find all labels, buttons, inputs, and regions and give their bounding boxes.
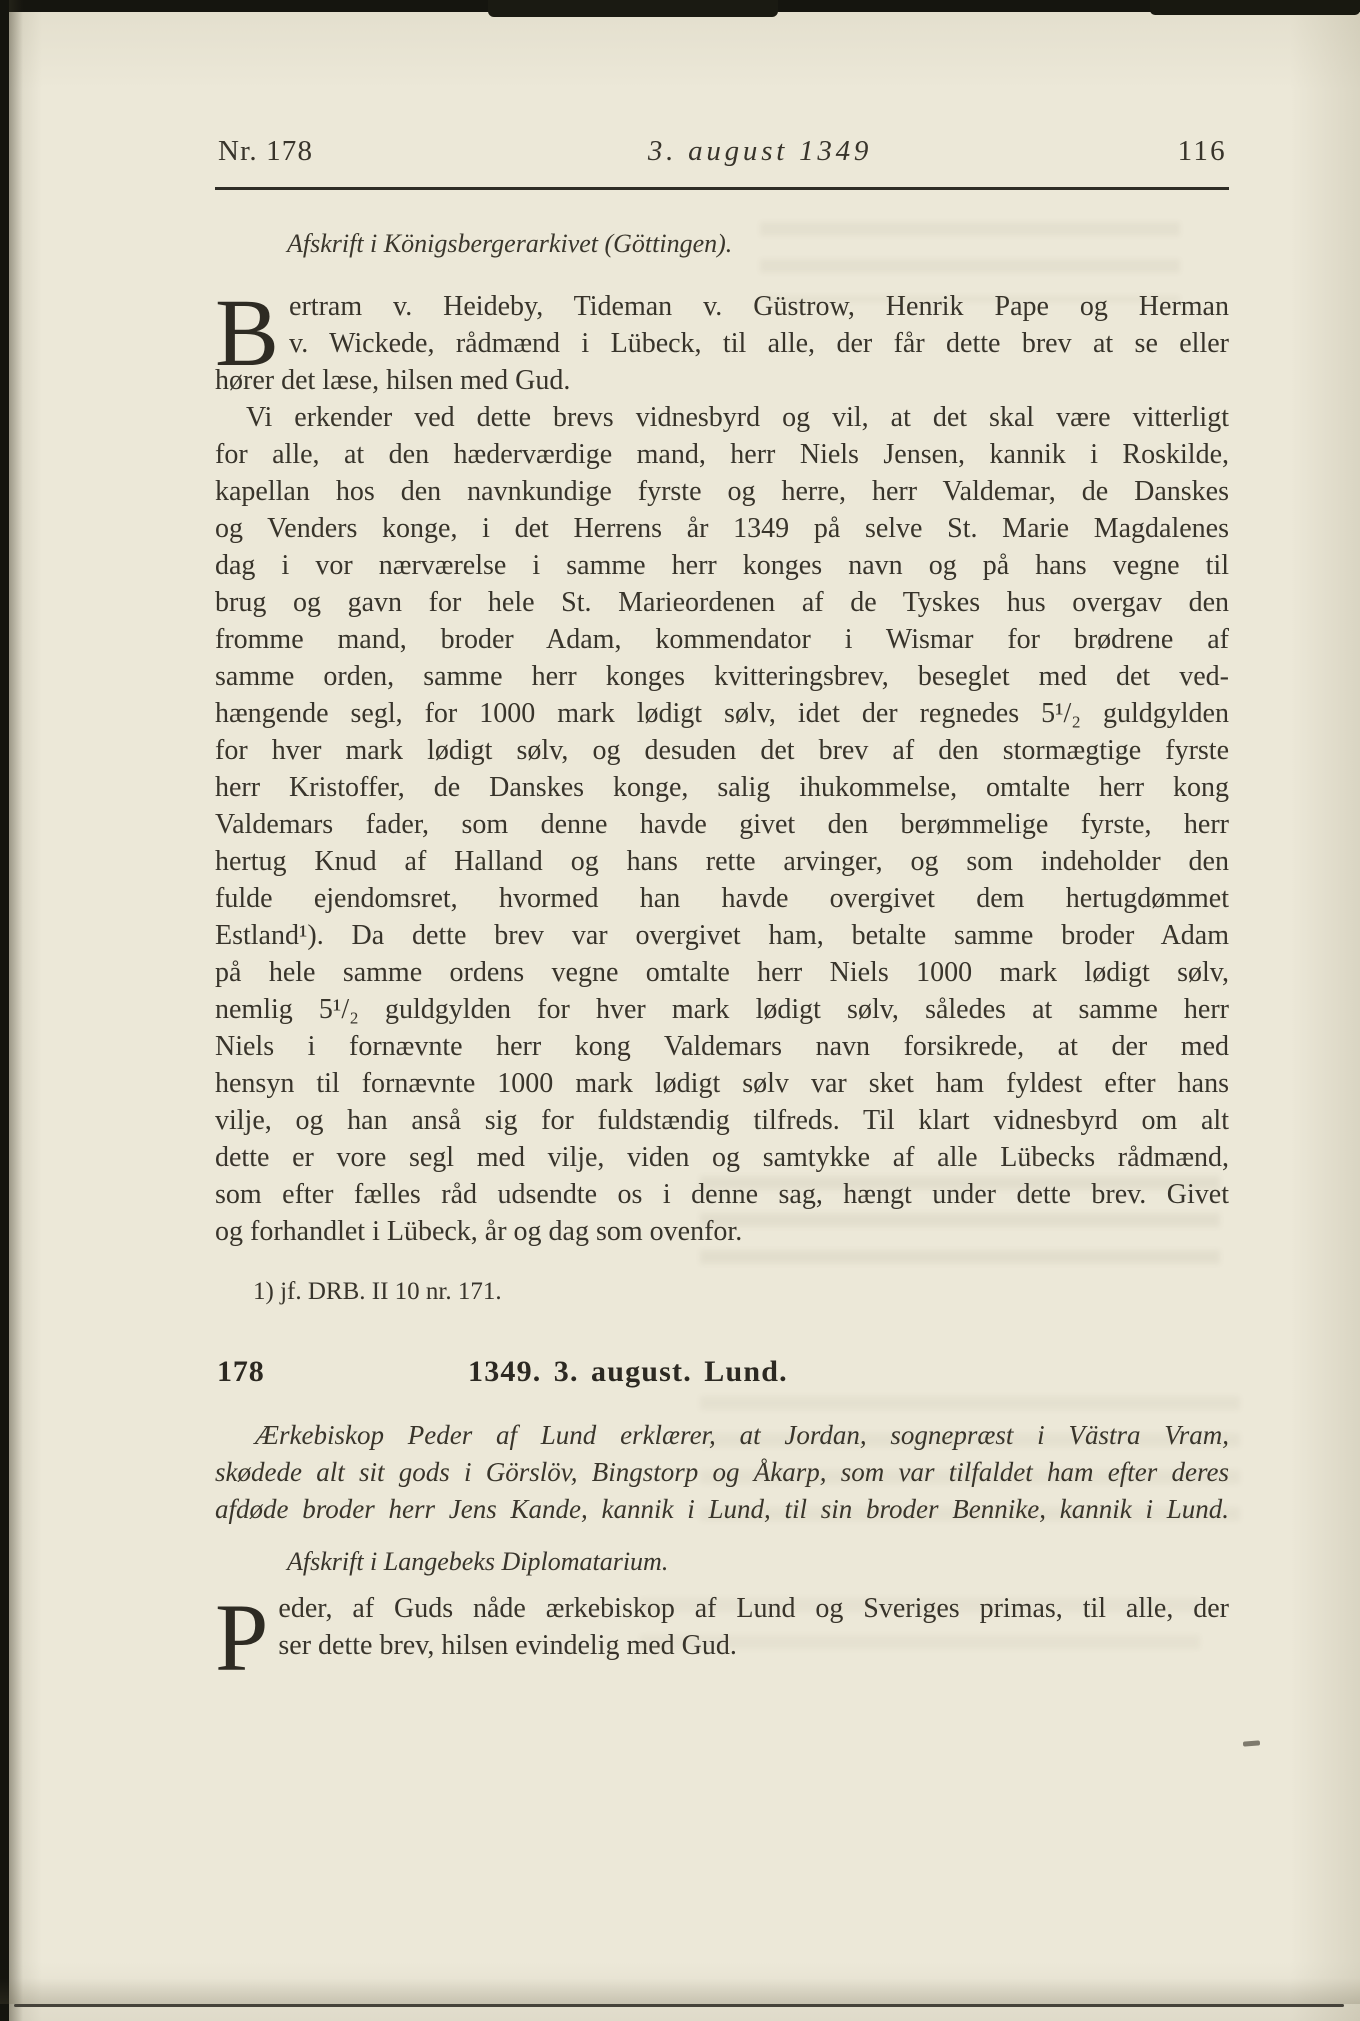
text-line: afdøde broder herr Jens Kande, kannik i … [215, 1491, 1229, 1528]
text-line: hensyn til fornævnte 1000 mark lødigt sø… [215, 1065, 1229, 1102]
text-line: fromme mand, broder Adam, kommendator i … [215, 621, 1229, 658]
letter-body-paragraph: Vi erkender ved dette brevs vidnesbyrd o… [215, 399, 1229, 1250]
scan-edge-bottom-line [14, 2004, 1344, 2007]
running-head-date: 3. august 1349 [648, 135, 872, 168]
dropcap-P: P [215, 1590, 278, 1664]
text-line: Niels i fornævnte herr kong Valdemars na… [215, 1028, 1229, 1065]
text-line: vilje, og han anså sig for fuldstændig t… [215, 1102, 1229, 1139]
scan-edge-left-shadow [9, 0, 23, 2021]
source-note-konigsberg: Afskrift i Königsbergerarkivet (Göttinge… [287, 227, 1229, 261]
text-column: Nr. 178 3. august 1349 116 Afskrift i Kö… [215, 135, 1229, 1664]
running-head: Nr. 178 3. august 1349 116 [215, 135, 1229, 177]
text-line: dag i vor nærværelse i samme herr konges… [215, 547, 1229, 584]
scan-edge-top-artifact [1150, 0, 1360, 15]
source-note-langebek: Afskrift i Langebeks Diplomatarium. [287, 1545, 1229, 1579]
text-line: på hele samme ordens vegne omtalte herr … [215, 954, 1229, 991]
text-line: Vi erkender ved dette brevs vidnesbyrd o… [215, 399, 1229, 436]
text-line: Ærkebiskop Peder af Lund erklærer, at Jo… [215, 1417, 1229, 1454]
margin-mark [1243, 1740, 1260, 1746]
dropcap-B: B [215, 288, 289, 362]
summary-lines: Ærkebiskop Peder af Lund erklærer, at Jo… [215, 1417, 1229, 1528]
scan-edge-bottom-shade [0, 1978, 1360, 2004]
text-line: v. Wickede, rådmænd i Lübeck, til alle, … [215, 325, 1229, 362]
text-line: brug og gavn for hele St. Marieordenen a… [215, 584, 1229, 621]
letter-opening-paragraph-2: P eder, af Guds nåde ærkebiskop af Lund … [215, 1590, 1229, 1664]
letter-opening-paragraph: B ertram v. Heideby, Tideman v. Güstrow,… [215, 288, 1229, 399]
page-number: 116 [1178, 135, 1227, 168]
scan-edge-left [0, 0, 9, 2021]
opening-lines: ertram v. Heideby, Tideman v. Güstrow, H… [215, 288, 1229, 399]
text-line: og Venders konge, i det Herrens år 1349 … [215, 510, 1229, 547]
text-line: fulde ejendomsret, hvormed han havde ove… [215, 880, 1229, 917]
opening-lines-2: eder, af Guds nåde ærkebiskop af Lund og… [215, 1590, 1229, 1664]
text-line: dette er vore segl med vilje, viden og s… [215, 1139, 1229, 1176]
text-line: som efter fælles råd udsendte os i denne… [215, 1176, 1229, 1213]
scan-edge-top-artifact [488, 0, 778, 17]
text-line: kapellan hos den navnkundige fyrste og h… [215, 473, 1229, 510]
text-line: ertram v. Heideby, Tideman v. Güstrow, H… [215, 288, 1229, 325]
text-line: Estland¹). Da dette brev var overgivet h… [215, 917, 1229, 954]
entry-number-label: Nr. 178 [218, 135, 313, 168]
text-line: herr Kristoffer, de Danskes konge, salig… [215, 769, 1229, 806]
text-line: Valdemars fader, som denne havde givet d… [215, 806, 1229, 843]
entry-number: 178 [217, 1355, 265, 1389]
body-lines: Vi erkender ved dette brevs vidnesbyrd o… [215, 399, 1229, 1250]
footnote: 1) jf. DRB. II 10 nr. 171. [253, 1277, 1229, 1307]
text-line: samme orden, samme herr konges kvitterin… [215, 658, 1229, 695]
text-line: hører det læse, hilsen med Gud. [215, 362, 1229, 399]
entry-summary: Ærkebiskop Peder af Lund erklærer, at Jo… [215, 1417, 1229, 1528]
book-page-scan: Nr. 178 3. august 1349 116 Afskrift i Kö… [0, 0, 1360, 2021]
entry-date-place: 1349. 3. august. Lund. [468, 1355, 788, 1389]
text-line: hængende segl, for 1000 mark lødigt sølv… [215, 695, 1229, 732]
text-line: eder, af Guds nåde ærkebiskop af Lund og… [215, 1590, 1229, 1627]
text-line: nemlig 5¹/₂ guldgylden for hver mark lød… [215, 991, 1229, 1028]
text-line: og forhandlet i Lübeck, år og dag som ov… [215, 1213, 1229, 1250]
entry-heading: 178 1349. 3. august. Lund. [215, 1355, 1229, 1393]
text-line: hertug Knud af Halland og hans rette arv… [215, 843, 1229, 880]
head-rule [215, 187, 1229, 190]
text-line: for hver mark lødigt sølv, og desuden de… [215, 732, 1229, 769]
text-line: skødede alt sit gods i Görslöv, Bingstor… [215, 1454, 1229, 1491]
text-line: for alle, at den hæderværdige mand, herr… [215, 436, 1229, 473]
text-line: ser dette brev, hilsen evindelig med Gud… [215, 1627, 1229, 1664]
